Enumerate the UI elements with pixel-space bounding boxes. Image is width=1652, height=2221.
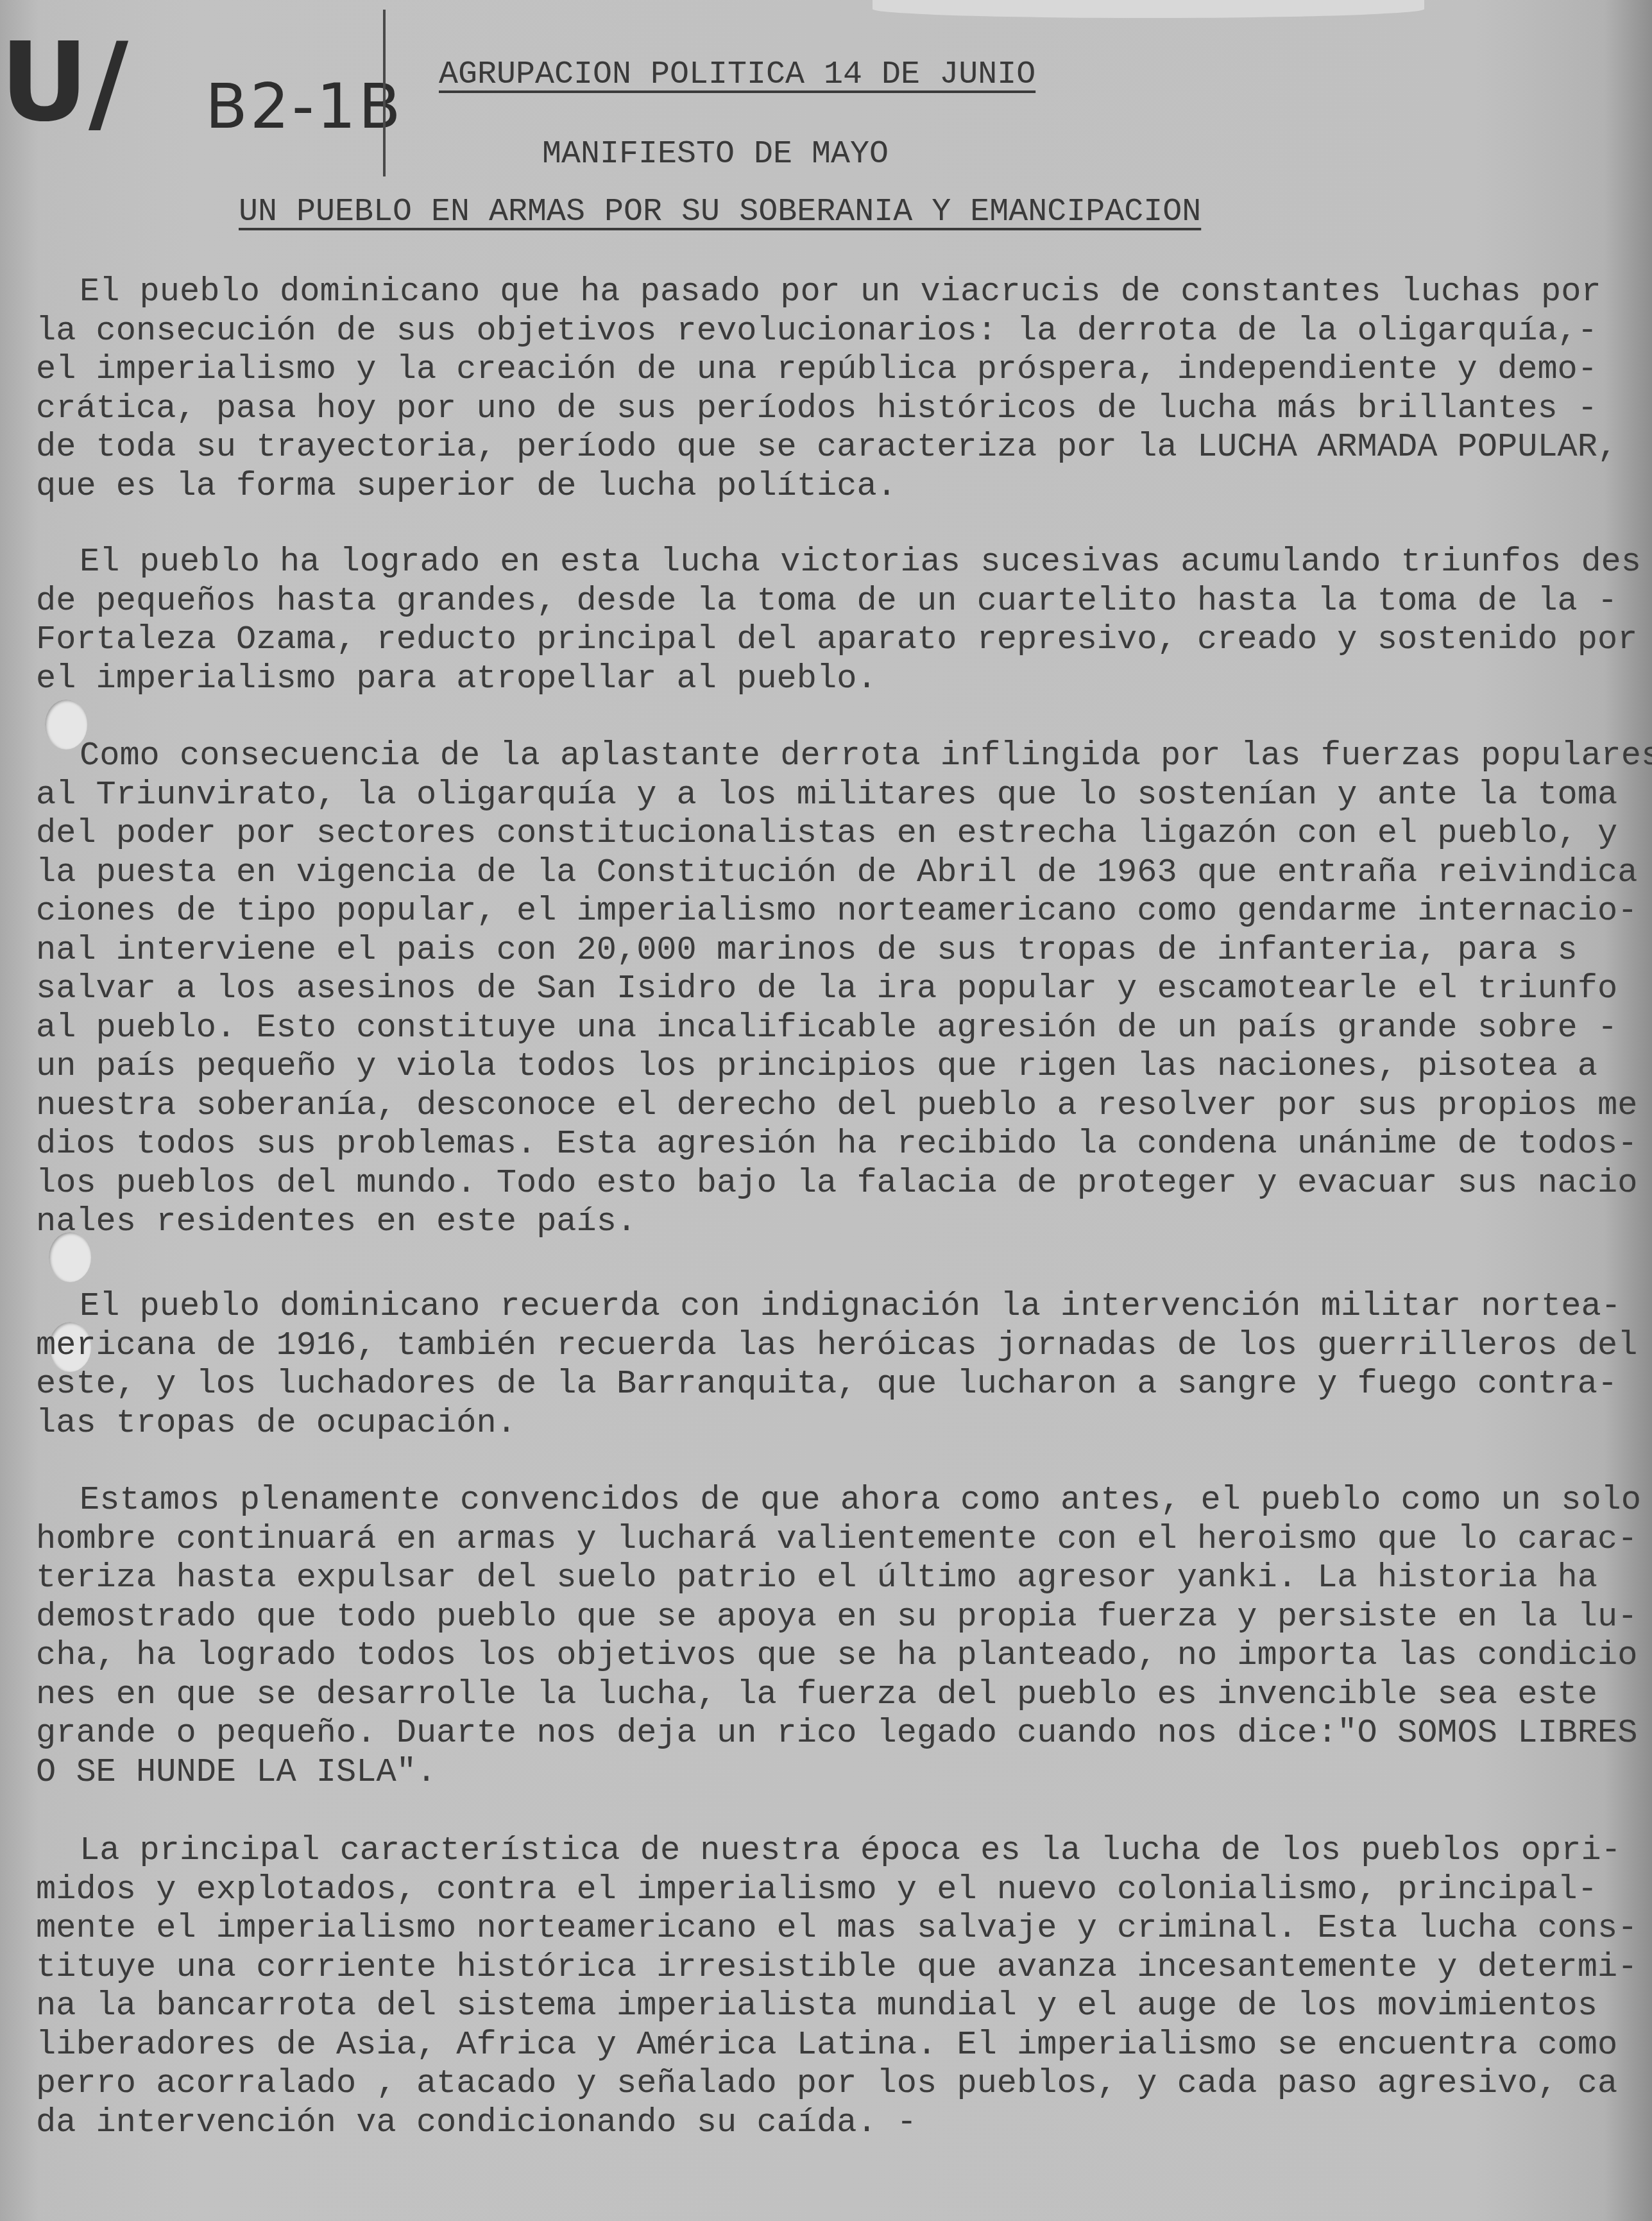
text-line: el imperialismo para atropellar al puebl… bbox=[36, 660, 1646, 699]
document-title: MANIFIESTO DE MAYO bbox=[542, 136, 889, 173]
text-line: tituye una corriente histórica irresisti… bbox=[36, 1948, 1646, 1987]
text-line: perro acorralado , atacado y señalado po… bbox=[36, 2064, 1646, 2104]
text-line: El pueblo dominicano que ha pasado por u… bbox=[36, 273, 1646, 312]
text-line: da intervención va condicionando su caíd… bbox=[36, 2104, 1646, 2143]
paragraph: El pueblo dominicano que ha pasado por u… bbox=[36, 273, 1646, 506]
text-line: al Triunvirato, la oligarquía y a los mi… bbox=[36, 776, 1646, 815]
text-line: la consecución de sus objetivos revoluci… bbox=[36, 312, 1646, 351]
text-line: mente el imperialismo norteamericano el … bbox=[36, 1909, 1646, 1948]
text-line: liberadores de Asia, Africa y América La… bbox=[36, 2026, 1646, 2065]
organization-heading: AGRUPACION POLITICA 14 DE JUNIO bbox=[439, 56, 1035, 93]
text-line: demostrado que todo pueblo que se apoya … bbox=[36, 1598, 1646, 1637]
handwritten-margin-mark: U/ bbox=[0, 19, 128, 146]
paragraph: El pueblo ha logrado en esta lucha victo… bbox=[36, 543, 1646, 698]
text-line: del poder por sectores constitucionalist… bbox=[36, 814, 1646, 853]
handwritten-archive-code: B2-1B bbox=[205, 71, 404, 142]
text-line: O SE HUNDE LA ISLA". bbox=[36, 1753, 1646, 1792]
paragraph: La principal característica de nuestra é… bbox=[36, 1831, 1646, 2142]
text-line: hombre continuará en armas y luchará val… bbox=[36, 1520, 1646, 1559]
text-line: El pueblo dominicano recuerda con indign… bbox=[36, 1287, 1646, 1326]
text-line: nal interviene el pais con 20,000 marino… bbox=[36, 931, 1646, 970]
handwritten-divider-line bbox=[383, 10, 386, 176]
text-line: La principal característica de nuestra é… bbox=[36, 1831, 1646, 1871]
text-line: nales residentes en este país. bbox=[36, 1203, 1646, 1242]
text-line: ciones de tipo popular, el imperialismo … bbox=[36, 892, 1646, 931]
text-line: que es la forma superior de lucha políti… bbox=[36, 467, 1646, 506]
paragraph: Estamos plenamente convencidos de que ah… bbox=[36, 1481, 1646, 1792]
text-line: crática, pasa hoy por uno de sus período… bbox=[36, 390, 1646, 429]
text-line: nes en que se desarrolle la lucha, la fu… bbox=[36, 1676, 1646, 1715]
text-line: Como consecuencia de la aplastante derro… bbox=[36, 737, 1646, 776]
document-page: U/ B2-1B AGRUPACION POLITICA 14 DE JUNIO… bbox=[0, 0, 1652, 2221]
paragraph: Como consecuencia de la aplastante derro… bbox=[36, 737, 1646, 1242]
text-line: el imperialismo y la creación de una rep… bbox=[36, 350, 1646, 390]
torn-edge bbox=[873, 0, 1424, 18]
text-line: nuestra soberanía, desconoce el derecho … bbox=[36, 1086, 1646, 1126]
text-line: mericana de 1916, también recuerda las h… bbox=[36, 1326, 1646, 1366]
text-line: los pueblos del mundo. Todo esto bajo la… bbox=[36, 1164, 1646, 1203]
text-line: salvar a los asesinos de San Isidro de l… bbox=[36, 970, 1646, 1009]
text-line: dios todos sus problemas. Esta agresión … bbox=[36, 1125, 1646, 1164]
text-line: teriza hasta expulsar del suelo patrio e… bbox=[36, 1559, 1646, 1598]
text-line: cha, ha logrado todos los objetivos que … bbox=[36, 1636, 1646, 1676]
document-subtitle: UN PUEBLO EN ARMAS POR SU SOBERANIA Y EM… bbox=[239, 194, 1201, 230]
text-line: al pueblo. Esto constituye una incalific… bbox=[36, 1009, 1646, 1048]
text-line: El pueblo ha logrado en esta lucha victo… bbox=[36, 543, 1646, 582]
text-line: na la bancarrota del sistema imperialist… bbox=[36, 1987, 1646, 2026]
text-line: Estamos plenamente convencidos de que ah… bbox=[36, 1481, 1646, 1520]
text-line: de toda su trayectoria, período que se c… bbox=[36, 428, 1646, 467]
text-line: las tropas de ocupación. bbox=[36, 1404, 1646, 1443]
text-line: este, y los luchadores de la Barranquita… bbox=[36, 1365, 1646, 1404]
text-line: midos y explotados, contra el imperialis… bbox=[36, 1871, 1646, 1910]
text-line: de pequeños hasta grandes, desde la toma… bbox=[36, 582, 1646, 621]
text-line: Fortaleza Ozama, reducto principal del a… bbox=[36, 621, 1646, 660]
text-line: un país pequeño y viola todos los princi… bbox=[36, 1047, 1646, 1086]
text-line: la puesta en vigencia de la Constitución… bbox=[36, 853, 1646, 893]
text-line: grande o pequeño. Duarte nos deja un ric… bbox=[36, 1714, 1646, 1753]
paragraph: El pueblo dominicano recuerda con indign… bbox=[36, 1287, 1646, 1443]
